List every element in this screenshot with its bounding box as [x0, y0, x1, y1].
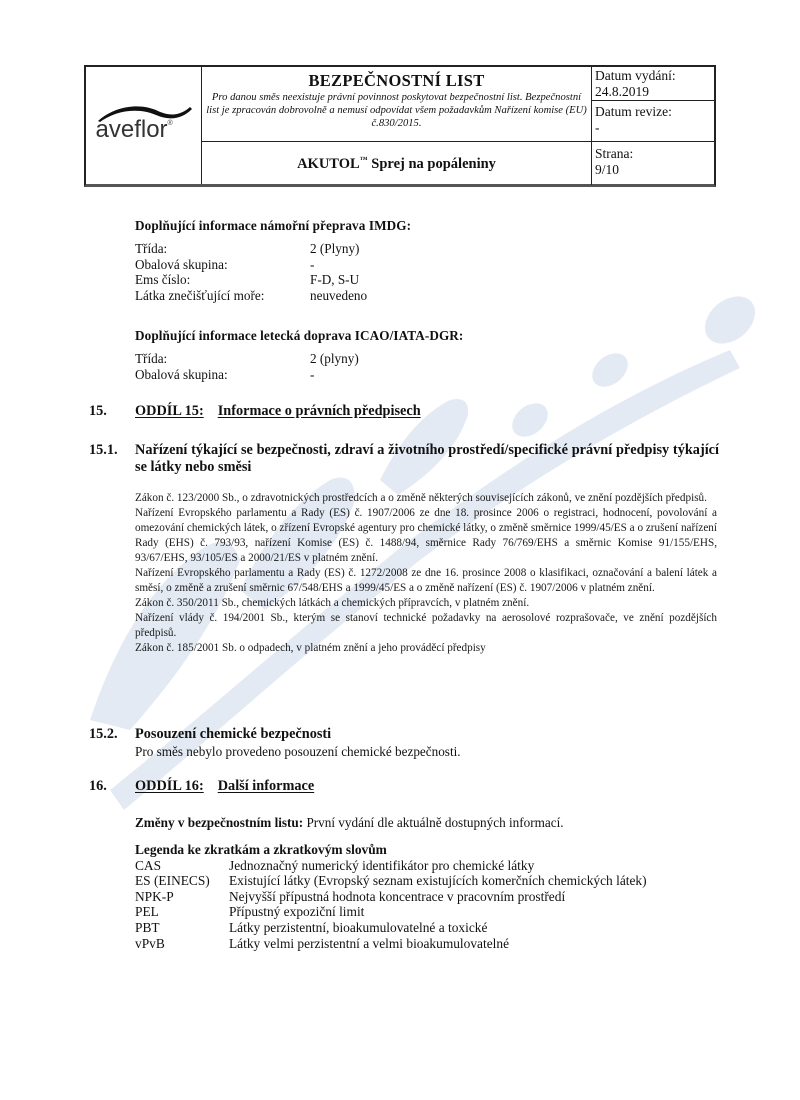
- page-label: Strana:: [595, 146, 714, 162]
- legend-meaning: Jednoznačný numerický identifikátor pro …: [229, 858, 534, 874]
- subsection-title: Posouzení chemické bezpečnosti: [135, 726, 719, 743]
- changes-text: První vydání dle aktuálně dostupných inf…: [303, 815, 563, 830]
- subsection-15-2-heading: 15.2. Posouzení chemické bezpečnosti: [89, 726, 719, 743]
- legend-meaning: Existující látky (Evropský seznam existu…: [229, 873, 647, 889]
- icao-heading: Doplňující informace letecká doprava ICA…: [135, 328, 463, 344]
- document-title: BEZPEČNOSTNÍ LIST: [202, 72, 591, 90]
- legend-abbr: PBT: [135, 920, 229, 936]
- legend-meaning: Látky perzistentní, bioakumulovatelné a …: [229, 920, 487, 936]
- legend-abbr: vPvB: [135, 936, 229, 952]
- legend-abbr: NPK-P: [135, 889, 229, 905]
- revision-date-label: Datum revize:: [595, 104, 714, 120]
- issue-date-value: 24.8.2019: [595, 84, 714, 100]
- logo-registered-mark: ®: [168, 120, 173, 127]
- issue-date-cell: Datum vydání: 24.8.2019: [592, 67, 714, 101]
- revision-date-cell: Datum revize: -: [592, 101, 714, 142]
- legend-row: vPvBLátky velmi perzistentní a velmi bio…: [135, 936, 725, 952]
- legend-meaning: Látky velmi perzistentní a velmi bioakum…: [229, 936, 509, 952]
- logo-cell: aveflor®: [86, 67, 202, 184]
- page-value: 9/10: [595, 162, 714, 178]
- logo-text: aveflor: [96, 116, 168, 143]
- legend-meaning: Přípustný expoziční limit: [229, 904, 364, 920]
- section-number: 16.: [89, 778, 135, 795]
- legend-row: PELPřípustný expoziční limit: [135, 904, 725, 920]
- legend-heading: Legenda ke zkratkám a zkratkovým slovům: [135, 842, 725, 858]
- changes-note: Změny v bezpečnostním listu: První vydán…: [135, 815, 564, 831]
- regulations-list: Zákon č. 123/2000 Sb., o zdravotnických …: [135, 491, 717, 656]
- subsection-number: 15.2.: [89, 726, 118, 743]
- imdg-heading: Doplňující informace námořní přeprava IM…: [135, 218, 411, 234]
- icao-row: Třída:2 (plyny): [135, 351, 535, 367]
- document-note: Pro danou směs neexistuje právní povinno…: [202, 90, 591, 130]
- aveflor-logo: aveflor®: [94, 103, 194, 149]
- section-15-heading: 15.ODDÍL 15:Informace o právních předpis…: [89, 403, 421, 420]
- regulation-item: Nařízení vlády č. 194/2001 Sb., kterým s…: [135, 611, 717, 641]
- icao-table: Třída:2 (plyny) Obalová skupina:-: [135, 351, 535, 382]
- page-number-cell: Strana: 9/10: [592, 142, 714, 185]
- subsection-title: Nařízení týkající se bezpečnosti, zdraví…: [135, 442, 719, 476]
- imdg-row: Ems číslo:F-D, S-U: [135, 272, 535, 288]
- regulation-item: Zákon č. 123/2000 Sb., o zdravotnických …: [135, 491, 717, 506]
- section-title: Informace o právních předpisech: [218, 403, 421, 419]
- imdg-table: Třída:2 (Plyny) Obalová skupina:- Ems čí…: [135, 241, 535, 303]
- section-16-heading: 16.ODDÍL 16:Další informace: [89, 778, 314, 795]
- product-name-cell: AKUTOL™ Sprej na popáleniny: [202, 142, 592, 185]
- legend-abbr: CAS: [135, 858, 229, 874]
- imdg-row: Obalová skupina:-: [135, 257, 535, 273]
- abbreviations-legend: Legenda ke zkratkám a zkratkovým slovům …: [135, 842, 725, 951]
- legend-row: NPK-PNejvyšší přípustná hodnota koncentr…: [135, 889, 725, 905]
- legend-meaning: Nejvyšší přípustná hodnota koncentrace v…: [229, 889, 565, 905]
- icao-row: Obalová skupina:-: [135, 367, 535, 383]
- changes-label: Změny v bezpečnostním listu:: [135, 815, 303, 830]
- imdg-row: Látka znečišťující moře:neuvedeno: [135, 288, 535, 304]
- imdg-row: Třída:2 (Plyny): [135, 241, 535, 257]
- revision-date-value: -: [595, 120, 714, 136]
- regulation-item: Zákon č. 185/2001 Sb. o odpadech, v plat…: [135, 641, 717, 656]
- product-name: AKUTOL™ Sprej na popáleniny: [297, 155, 496, 173]
- issue-date-label: Datum vydání:: [595, 68, 714, 84]
- legend-abbr: PEL: [135, 904, 229, 920]
- title-cell: BEZPEČNOSTNÍ LIST Pro danou směs neexist…: [202, 67, 592, 142]
- regulation-item: Nařízení Evropského parlamentu a Rady (E…: [135, 566, 717, 596]
- legend-row: CASJednoznačný numerický identifikátor p…: [135, 858, 725, 874]
- subsection-15-1-heading: 15.1. Nařízení týkající se bezpečnosti, …: [89, 442, 719, 476]
- document-header: aveflor® BEZPEČNOSTNÍ LIST Pro danou smě…: [84, 65, 716, 187]
- chemical-safety-text: Pro směs nebylo provedeno posouzení chem…: [135, 744, 461, 760]
- legend-row: PBTLátky perzistentní, bioakumulovatelné…: [135, 920, 725, 936]
- regulation-item: Nařízení Evropského parlamentu a Rady (E…: [135, 506, 717, 566]
- legend-abbr: ES (EINECS): [135, 873, 229, 889]
- legend-row: ES (EINECS)Existující látky (Evropský se…: [135, 873, 725, 889]
- regulation-item: Zákon č. 350/2011 Sb., chemických látkác…: [135, 596, 717, 611]
- subsection-number: 15.1.: [89, 442, 118, 459]
- section-title: Další informace: [218, 778, 314, 794]
- trademark-mark: ™: [360, 155, 368, 164]
- section-number: 15.: [89, 403, 135, 420]
